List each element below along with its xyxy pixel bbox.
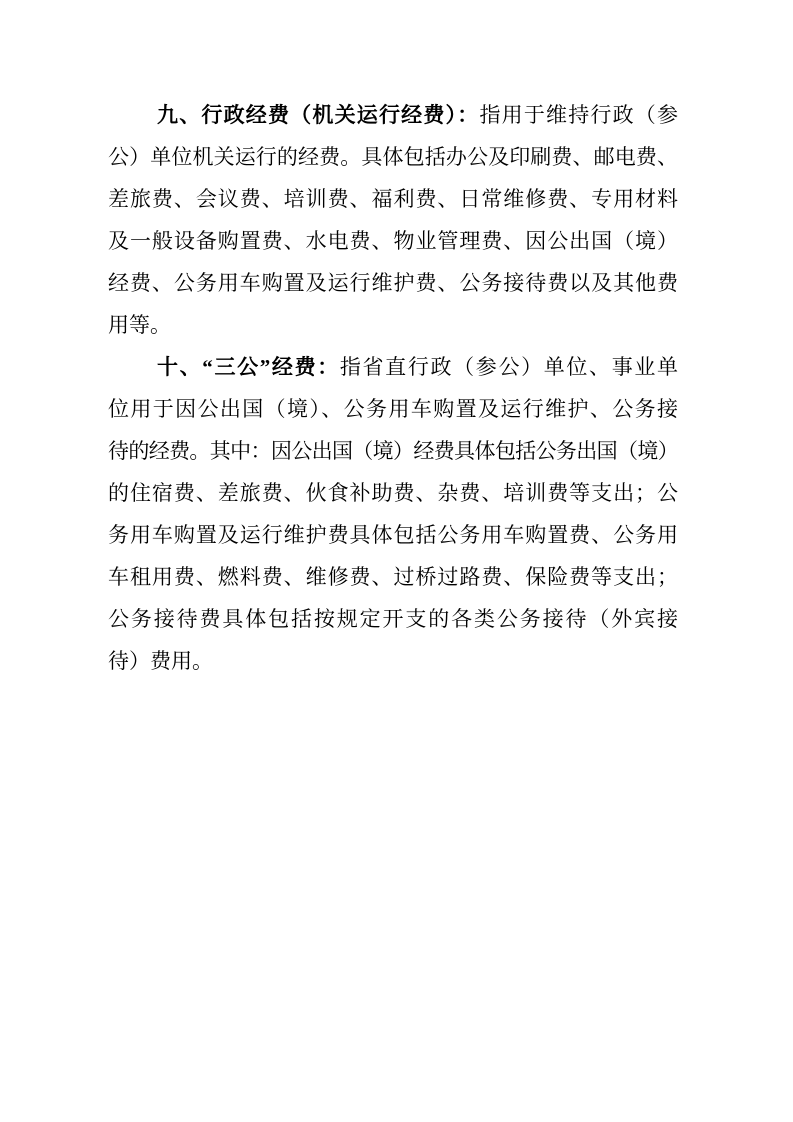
text-line: 差旅费、会议费、培训费、福利费、日常维修费、专用材料 bbox=[108, 178, 678, 220]
text-line: 车租用费、燃料费、维修费、过桥过路费、保险费等支出； bbox=[108, 556, 678, 598]
paragraph-lead-bold: 九、行政经费（机关运行经费）： bbox=[157, 103, 479, 127]
text-line: 及一般设备购置费、水电费、物业管理费、因公出国（境） bbox=[108, 220, 678, 262]
text-line: 务用车购置及运行维护费具体包括公务用车购置费、公务用 bbox=[108, 514, 678, 556]
text-line: 位用于因公出国（境）、公务用车购置及运行维护、公务接 bbox=[108, 388, 678, 430]
paragraph-body-text: 指省直行政（参公）单位、事业单 bbox=[340, 355, 678, 379]
text-line: 的住宿费、差旅费、伙食补助费、杂费、培训费等支出；公 bbox=[108, 472, 678, 514]
text-line: 九、行政经费（机关运行经费）：指用于维持行政（参 bbox=[108, 94, 678, 136]
text-line: 待的经费。其中：因公出国（境）经费具体包括公务出国（境） bbox=[108, 430, 678, 472]
text-block: 九、行政经费（机关运行经费）：指用于维持行政（参公）单位机关运行的经费。具体包括… bbox=[108, 94, 678, 682]
paragraph-lead-bold: 十、“三公”经费： bbox=[157, 355, 340, 379]
document-page: 九、行政经费（机关运行经费）：指用于维持行政（参公）单位机关运行的经费。具体包括… bbox=[0, 0, 793, 1122]
paragraph-three-public-expenses: 十、“三公”经费：指省直行政（参公）单位、事业单位用于因公出国（境）、公务用车购… bbox=[108, 346, 678, 682]
text-line: 公务接待费具体包括按规定开支的各类公务接待（外宾接 bbox=[108, 598, 678, 640]
text-line: 待）费用。 bbox=[108, 640, 678, 682]
text-line: 用等。 bbox=[108, 304, 678, 346]
text-line: 十、“三公”经费：指省直行政（参公）单位、事业单 bbox=[108, 346, 678, 388]
text-line: 公）单位机关运行的经费。具体包括办公及印刷费、邮电费、 bbox=[108, 136, 678, 178]
paragraph-admin-expenses: 九、行政经费（机关运行经费）：指用于维持行政（参公）单位机关运行的经费。具体包括… bbox=[108, 94, 678, 346]
paragraph-body-text: 指用于维持行政（参 bbox=[479, 103, 678, 127]
text-line: 经费、公务用车购置及运行维护费、公务接待费以及其他费 bbox=[108, 262, 678, 304]
